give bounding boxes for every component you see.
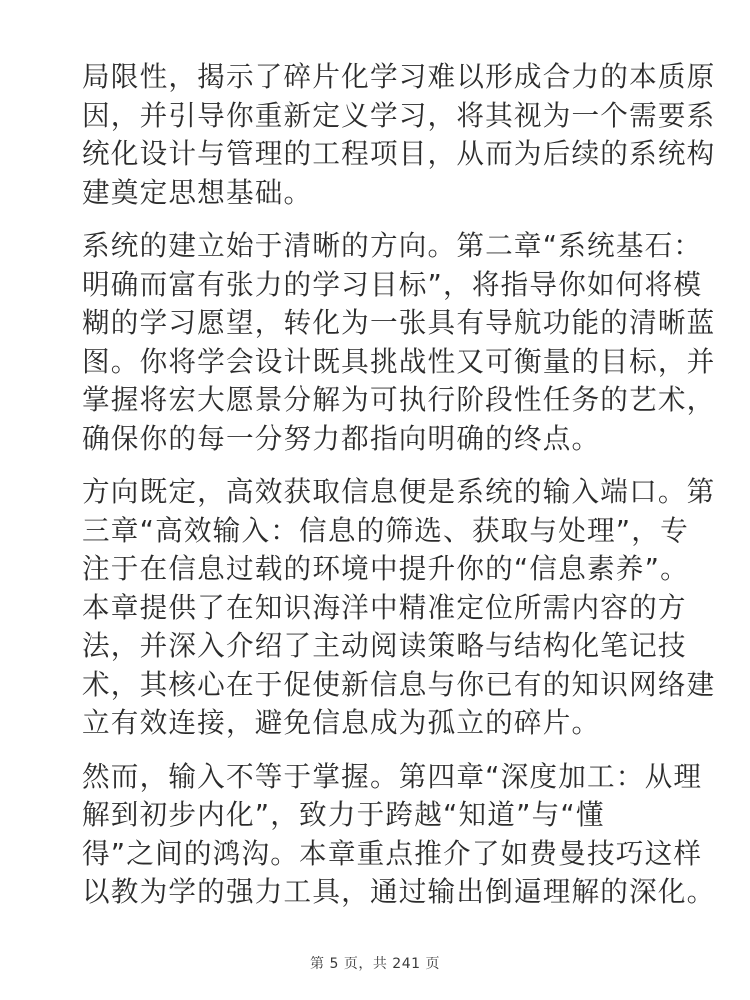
paragraph-3: 方向既定，高效获取信息便是系统的输入端口。第 三章“高效输入：信息的筛选、获取与…	[82, 473, 666, 743]
text-line: 统化设计与管理的工程项目，从而为后续的系统构	[82, 135, 666, 174]
paragraph-1: 局限性，揭示了碎片化学习难以形成合力的本质原 因，并引导你重新定义学习，将其视为…	[82, 58, 666, 212]
text-line: 立有效连接，避免信息成为孤立的碎片。	[82, 704, 666, 743]
text-line: 法，并深入介绍了主动阅读策略与结构化笔记技	[82, 627, 666, 666]
text-line: 三章“高效输入：信息的筛选、获取与处理”，专	[82, 512, 666, 551]
text-line: 确保你的每一分努力都指向明确的终点。	[82, 420, 666, 459]
text-line: 图。你将学会设计既具挑战性又可衡量的目标，并	[82, 343, 666, 382]
text-line: 掌握将宏大愿景分解为可执行阶段性任务的艺术，	[82, 381, 666, 420]
text-line: 局限性，揭示了碎片化学习难以形成合力的本质原	[82, 58, 666, 97]
text-line: 以教为学的强力工具，通过输出倒逼理解的深化。	[82, 873, 666, 912]
page-number-footer: 第 5 页，共 241 页	[0, 953, 750, 973]
text-line: 解到初步内化”，致力于跨越“知道”与“懂	[82, 796, 666, 835]
text-line: 术，其核心在于促使新信息与你已有的知识网络建	[82, 666, 666, 705]
text-line: 系统的建立始于清晰的方向。第二章“系统基石：	[82, 227, 666, 266]
text-line: 因，并引导你重新定义学习，将其视为一个需要系	[82, 97, 666, 136]
text-line: 注于在信息过载的环境中提升你的“信息素养”。	[82, 550, 666, 589]
text-line: 建奠定思想基础。	[82, 174, 666, 213]
text-line: 本章提供了在知识海洋中精准定位所需内容的方	[82, 589, 666, 628]
text-line: 明确而富有张力的学习目标”，将指导你如何将模	[82, 266, 666, 305]
document-page-body: 局限性，揭示了碎片化学习难以形成合力的本质原 因，并引导你重新定义学习，将其视为…	[82, 58, 666, 927]
text-line: 得”之间的鸿沟。本章重点推介了如费曼技巧这样	[82, 835, 666, 874]
paragraph-4: 然而，输入不等于掌握。第四章“深度加工：从理 解到初步内化”，致力于跨越“知道”…	[82, 758, 666, 912]
text-line: 然而，输入不等于掌握。第四章“深度加工：从理	[82, 758, 666, 797]
text-line: 方向既定，高效获取信息便是系统的输入端口。第	[82, 473, 666, 512]
text-line: 糊的学习愿望，转化为一张具有导航功能的清晰蓝	[82, 304, 666, 343]
paragraph-2: 系统的建立始于清晰的方向。第二章“系统基石： 明确而富有张力的学习目标”，将指导…	[82, 227, 666, 458]
